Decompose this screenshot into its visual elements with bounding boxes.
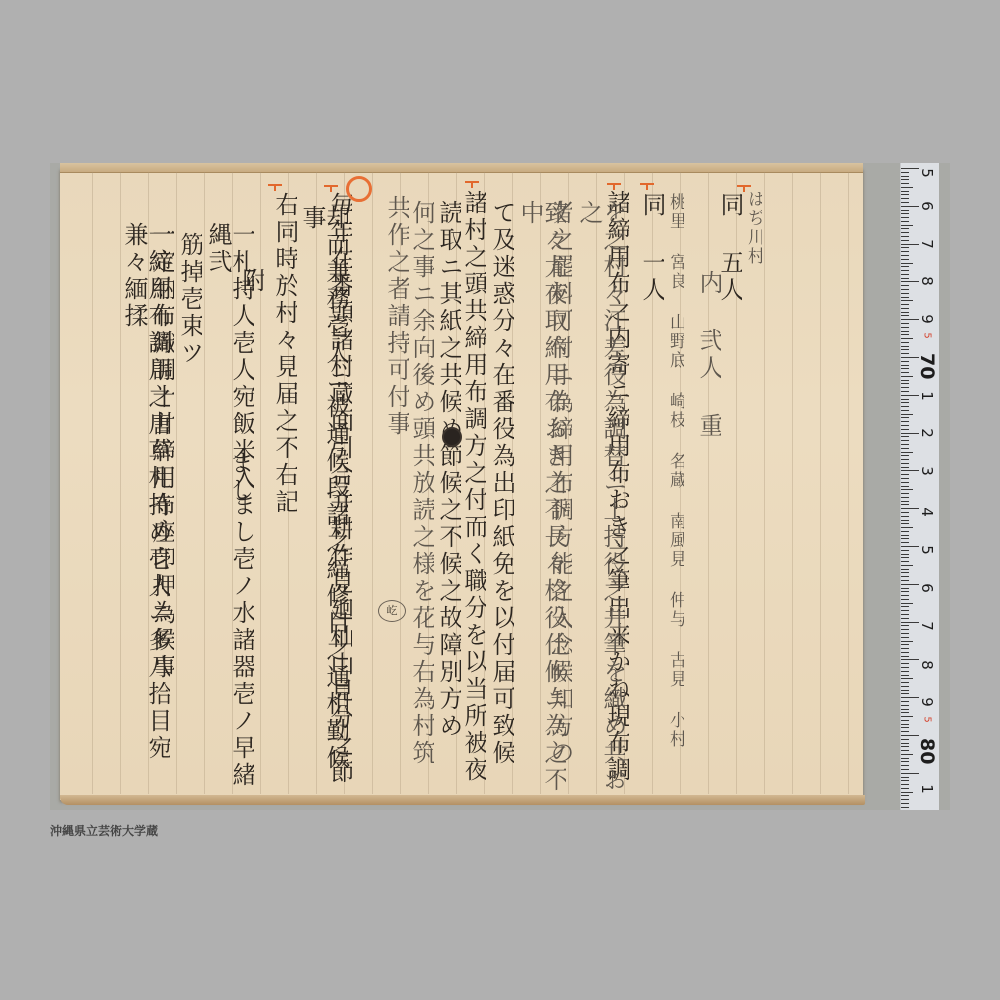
ruler-tick <box>901 489 913 490</box>
ruler-tick <box>901 716 913 717</box>
ruler-tick <box>901 712 909 713</box>
ruler-tick <box>901 625 909 626</box>
ruler-tick <box>901 444 909 445</box>
text-column: 何之事ニ余向後め頭共放読之様を花与右為村筑 <box>410 200 434 767</box>
ruler-tick <box>901 727 909 728</box>
ruler-label: 2 <box>918 423 936 443</box>
ruler-tick <box>901 614 909 615</box>
ruler-tick <box>901 338 913 339</box>
text-column: 同 一人 <box>640 192 664 304</box>
ruler-tick <box>901 671 909 672</box>
ruler-tick <box>901 210 909 211</box>
ruler-tick <box>901 255 909 256</box>
ruler-tick <box>901 538 909 539</box>
ruled-line <box>176 172 177 794</box>
ruled-line <box>708 172 709 794</box>
ruler-tick <box>901 236 909 237</box>
ruler-tick <box>901 463 909 464</box>
ruler-tick <box>901 221 909 222</box>
ruler-tick <box>901 383 909 384</box>
ruler-tick <box>901 504 909 505</box>
ruler-label: 7 <box>918 616 936 636</box>
ruler-tick <box>901 557 909 558</box>
text-column: はぢ川村 <box>745 190 762 266</box>
ruler-tick <box>901 542 909 543</box>
text-column: 読取ニ其紙之共候め節候之不候之故障別方め <box>437 200 461 740</box>
ruler-tick <box>901 731 909 732</box>
text-column: 一札持人壱人宛飯米入まし壱ノ水諸器壱ノ早緒縄弐 <box>206 222 254 795</box>
ruler-tick <box>901 565 913 566</box>
ruler-tick <box>901 395 919 396</box>
ruler-tick <box>901 206 919 207</box>
ruler-tick <box>901 452 913 453</box>
ruled-line <box>260 172 261 794</box>
ruler-tick <box>901 720 909 721</box>
ruler-tick <box>901 546 919 547</box>
ruler-tick <box>901 372 909 373</box>
ruler-label: 5 <box>922 710 933 730</box>
ruler-tick <box>901 266 909 267</box>
ruler-tick <box>901 527 913 528</box>
ruler-tick <box>901 353 909 354</box>
ruler-tick <box>901 516 909 517</box>
ruler-tick <box>901 644 909 645</box>
ruler-tick <box>901 433 919 434</box>
ruler-tick <box>901 263 913 264</box>
ruler-tick <box>901 436 909 437</box>
ruler-tick <box>901 697 919 698</box>
ruler-tick <box>901 202 909 203</box>
ruler-tick <box>901 610 909 611</box>
ruler-tick <box>901 474 909 475</box>
ruler-tick <box>901 300 913 301</box>
ruler-tick <box>901 765 909 766</box>
ruler-tick <box>901 198 909 199</box>
circled-annotation: 屹 <box>378 600 406 622</box>
ruler-tick <box>901 187 913 188</box>
ruler-tick <box>901 799 909 800</box>
ruler-tick <box>901 739 909 740</box>
red-tick-mark-icon <box>324 182 338 192</box>
ruler-tick <box>901 595 909 596</box>
text-column: 内 弐人 重 <box>697 270 721 440</box>
ruler-tick <box>901 228 909 229</box>
ruler-tick <box>901 414 913 415</box>
ruler-tick <box>901 618 909 619</box>
ruler-tick <box>901 629 909 630</box>
ruler-tick <box>901 410 909 411</box>
ruler-tick <box>901 244 919 245</box>
ruler-tick <box>901 701 909 702</box>
ruler-tick <box>901 334 909 335</box>
red-tick-mark-icon <box>268 181 282 191</box>
ruler-tick <box>901 376 913 377</box>
ruler-tick <box>901 512 909 513</box>
ruled-line <box>204 172 205 794</box>
ruler-tick <box>901 773 919 774</box>
ruler-tick <box>901 622 919 623</box>
ruler-tick <box>901 406 909 407</box>
ruler-tick <box>901 176 909 177</box>
ruler-tick <box>901 172 909 173</box>
ruler-label: 70 <box>916 353 938 373</box>
text-column: 筋掉壱束ツ <box>178 232 202 367</box>
ruler-label: 3 <box>918 461 936 481</box>
ruled-line <box>120 172 121 794</box>
red-tick-mark-icon <box>607 180 621 190</box>
text-column: 却而兼務壱人ニ被通候段諸之締修目之通相勤候事 <box>300 205 348 795</box>
ruler-tick <box>901 478 909 479</box>
ruler-tick <box>901 297 909 298</box>
ruler-tick <box>901 470 919 471</box>
red-tick-mark-icon <box>640 180 654 190</box>
ruler-tick <box>901 535 909 536</box>
ruler-tick <box>901 750 909 751</box>
text-column: 共作之者請持可付事 <box>385 195 409 438</box>
ruler-label: 80 <box>916 738 938 758</box>
ruler-tick <box>901 663 909 664</box>
ruler-tick <box>901 308 909 309</box>
ruler-label: 8 <box>918 271 936 291</box>
ruler-tick <box>901 312 909 313</box>
ruler-tick <box>901 399 909 400</box>
ruler-tick <box>901 758 909 759</box>
ruler-tick <box>901 501 909 502</box>
text-column: を之村々江差役為調替ニ上持役之并筆を織め共お之 <box>577 200 625 795</box>
ruler-label: 6 <box>918 578 936 598</box>
text-column: 同 五人 <box>718 192 742 304</box>
ruler-tick <box>901 803 909 804</box>
ruler-tick <box>901 289 909 290</box>
ruler-tick <box>901 807 909 808</box>
ruled-line <box>848 172 849 794</box>
ruler-tick <box>901 361 909 362</box>
ruler-tick <box>901 667 909 668</box>
ruler-tick <box>901 467 909 468</box>
ruler-tick <box>901 569 909 570</box>
ruler-tick <box>901 179 909 180</box>
text-column: 致々尤夜取締用布おき之不長々格役仕候ニ為之不中 <box>518 200 566 795</box>
ruler-tick <box>901 285 909 286</box>
ruler-tick <box>901 746 909 747</box>
ruler-tick <box>901 606 909 607</box>
ruler-tick <box>901 641 913 642</box>
ruler-tick <box>901 304 909 305</box>
text-column: 一締用布調用之唐草札持め壱人ニ多八拾目宛兼々緬揉 <box>122 222 170 795</box>
ruler-tick <box>901 365 909 366</box>
ruler-tick <box>901 278 909 279</box>
ruler-label: 5 <box>922 326 933 346</box>
ruled-line <box>764 172 765 794</box>
ruler-tick <box>901 550 909 551</box>
ruler-tick <box>901 580 909 581</box>
ruler-label: 8 <box>918 655 936 675</box>
ruler-tick <box>901 792 913 793</box>
red-tick-mark-icon <box>737 182 751 192</box>
ruler-tick <box>901 588 909 589</box>
ruler-tick <box>901 769 909 770</box>
ruler-tick <box>901 520 909 521</box>
ruler-tick <box>901 603 913 604</box>
ruler-tick <box>901 387 909 388</box>
ruler-label: 7 <box>918 234 936 254</box>
ruler-tick <box>901 448 909 449</box>
ruled-line <box>820 172 821 794</box>
ruler-tick <box>901 554 909 555</box>
ruler-tick <box>901 637 909 638</box>
ruler-tick <box>901 591 909 592</box>
ruler-tick <box>901 429 909 430</box>
ruler-tick <box>901 327 909 328</box>
ruler-tick <box>901 633 909 634</box>
ruler-tick <box>901 421 909 422</box>
ruler-tick <box>901 417 909 418</box>
ruler-tick <box>901 225 913 226</box>
ruler-tick <box>901 232 909 233</box>
ruler-tick <box>901 777 909 778</box>
ruler-tick <box>901 788 909 789</box>
ruler-tick <box>901 795 909 796</box>
text-column: 右同時於村々見届之不右記 <box>273 192 297 516</box>
ruler-tick <box>901 213 909 214</box>
ruler-tick <box>901 482 909 483</box>
ruler-tick <box>901 331 909 332</box>
ruler-tick <box>901 705 909 706</box>
ruler-tick <box>901 754 913 755</box>
ruler-tick <box>901 497 909 498</box>
ruler-tick <box>901 459 909 460</box>
text-column: 桃里 宮良 山野底 崎枝 名蔵 南風見 仲与 古見 小村 <box>667 193 684 749</box>
ruler-tick <box>901 274 909 275</box>
ruler-tick <box>901 319 919 320</box>
ruler-tick <box>901 693 909 694</box>
red-tick-mark-icon <box>465 178 479 188</box>
ruler-tick <box>901 686 909 687</box>
text-column: 諸村之頭共締用布調方之付而く職分を以当所被夜 <box>462 190 486 784</box>
ruler-tick <box>901 270 909 271</box>
ruler-tick <box>901 576 909 577</box>
ruler-tick <box>901 656 909 657</box>
ruler-tick <box>901 349 909 350</box>
ruler-tick <box>901 368 909 369</box>
ruler-tick <box>901 735 919 736</box>
ruler-tick <box>901 659 919 660</box>
ruler-tick <box>901 761 909 762</box>
ruler-tick <box>901 183 909 184</box>
ruler-tick <box>901 380 909 381</box>
ruler-tick <box>901 251 909 252</box>
ruler-tick <box>901 784 909 785</box>
ruler-tick <box>901 678 913 679</box>
ruler-tick <box>901 425 909 426</box>
ruler-tick <box>901 455 909 456</box>
ruler-tick <box>901 675 909 676</box>
ruler-tick <box>901 584 919 585</box>
ruled-line <box>372 172 373 794</box>
ruler-tick <box>901 342 909 343</box>
ruler-tick <box>901 599 909 600</box>
ruler-tick <box>901 523 909 524</box>
ruler-tick <box>901 690 909 691</box>
ruler-tick <box>901 168 919 169</box>
ruler-tick <box>901 323 909 324</box>
ruler-tick <box>901 743 909 744</box>
ruler-tick <box>901 493 909 494</box>
ruler-tick <box>901 780 909 781</box>
ruler-tick <box>901 486 909 487</box>
measurement-ruler: 567895701234567895801 <box>900 163 939 810</box>
ruler-tick <box>901 315 909 316</box>
ruler-tick <box>901 191 909 192</box>
ruled-line <box>92 172 93 794</box>
ruler-tick <box>901 648 909 649</box>
ruler-label: 4 <box>918 502 936 522</box>
ruler-tick <box>901 709 909 710</box>
ruler-tick <box>901 402 909 403</box>
text-column: て及迷惑分々在番役為出印紙免を以付届可致候 <box>490 200 514 767</box>
ruler-tick <box>901 572 909 573</box>
ruler-tick <box>901 240 909 241</box>
ruler-tick <box>901 391 909 392</box>
ruler-tick <box>901 682 909 683</box>
ruler-tick <box>901 508 919 509</box>
ruler-tick <box>901 247 909 248</box>
ruler-tick <box>901 293 909 294</box>
ruler-tick <box>901 281 919 282</box>
ruler-tick <box>901 440 909 441</box>
ruler-label: 6 <box>918 196 936 216</box>
collection-caption: 沖縄県立芸術大学蔵 <box>50 822 158 839</box>
page-top-edge <box>60 163 863 173</box>
ruler-tick <box>901 217 909 218</box>
red-circle-mark <box>346 176 372 202</box>
ruler-tick <box>901 259 909 260</box>
ruler-tick <box>901 531 909 532</box>
ruler-label: 5 <box>918 163 936 183</box>
ruler-tick <box>901 652 909 653</box>
ruler-label: 1 <box>918 779 936 799</box>
ruler-tick <box>901 724 909 725</box>
ruler-tick <box>901 194 909 195</box>
ruler-tick <box>901 346 909 347</box>
seal-stamp-icon <box>442 427 462 447</box>
ruled-line <box>792 172 793 794</box>
page-bottom-edge <box>60 795 865 805</box>
ruler-label: 1 <box>918 386 936 406</box>
ruler-label: 5 <box>918 540 936 560</box>
ruler-tick <box>901 561 909 562</box>
